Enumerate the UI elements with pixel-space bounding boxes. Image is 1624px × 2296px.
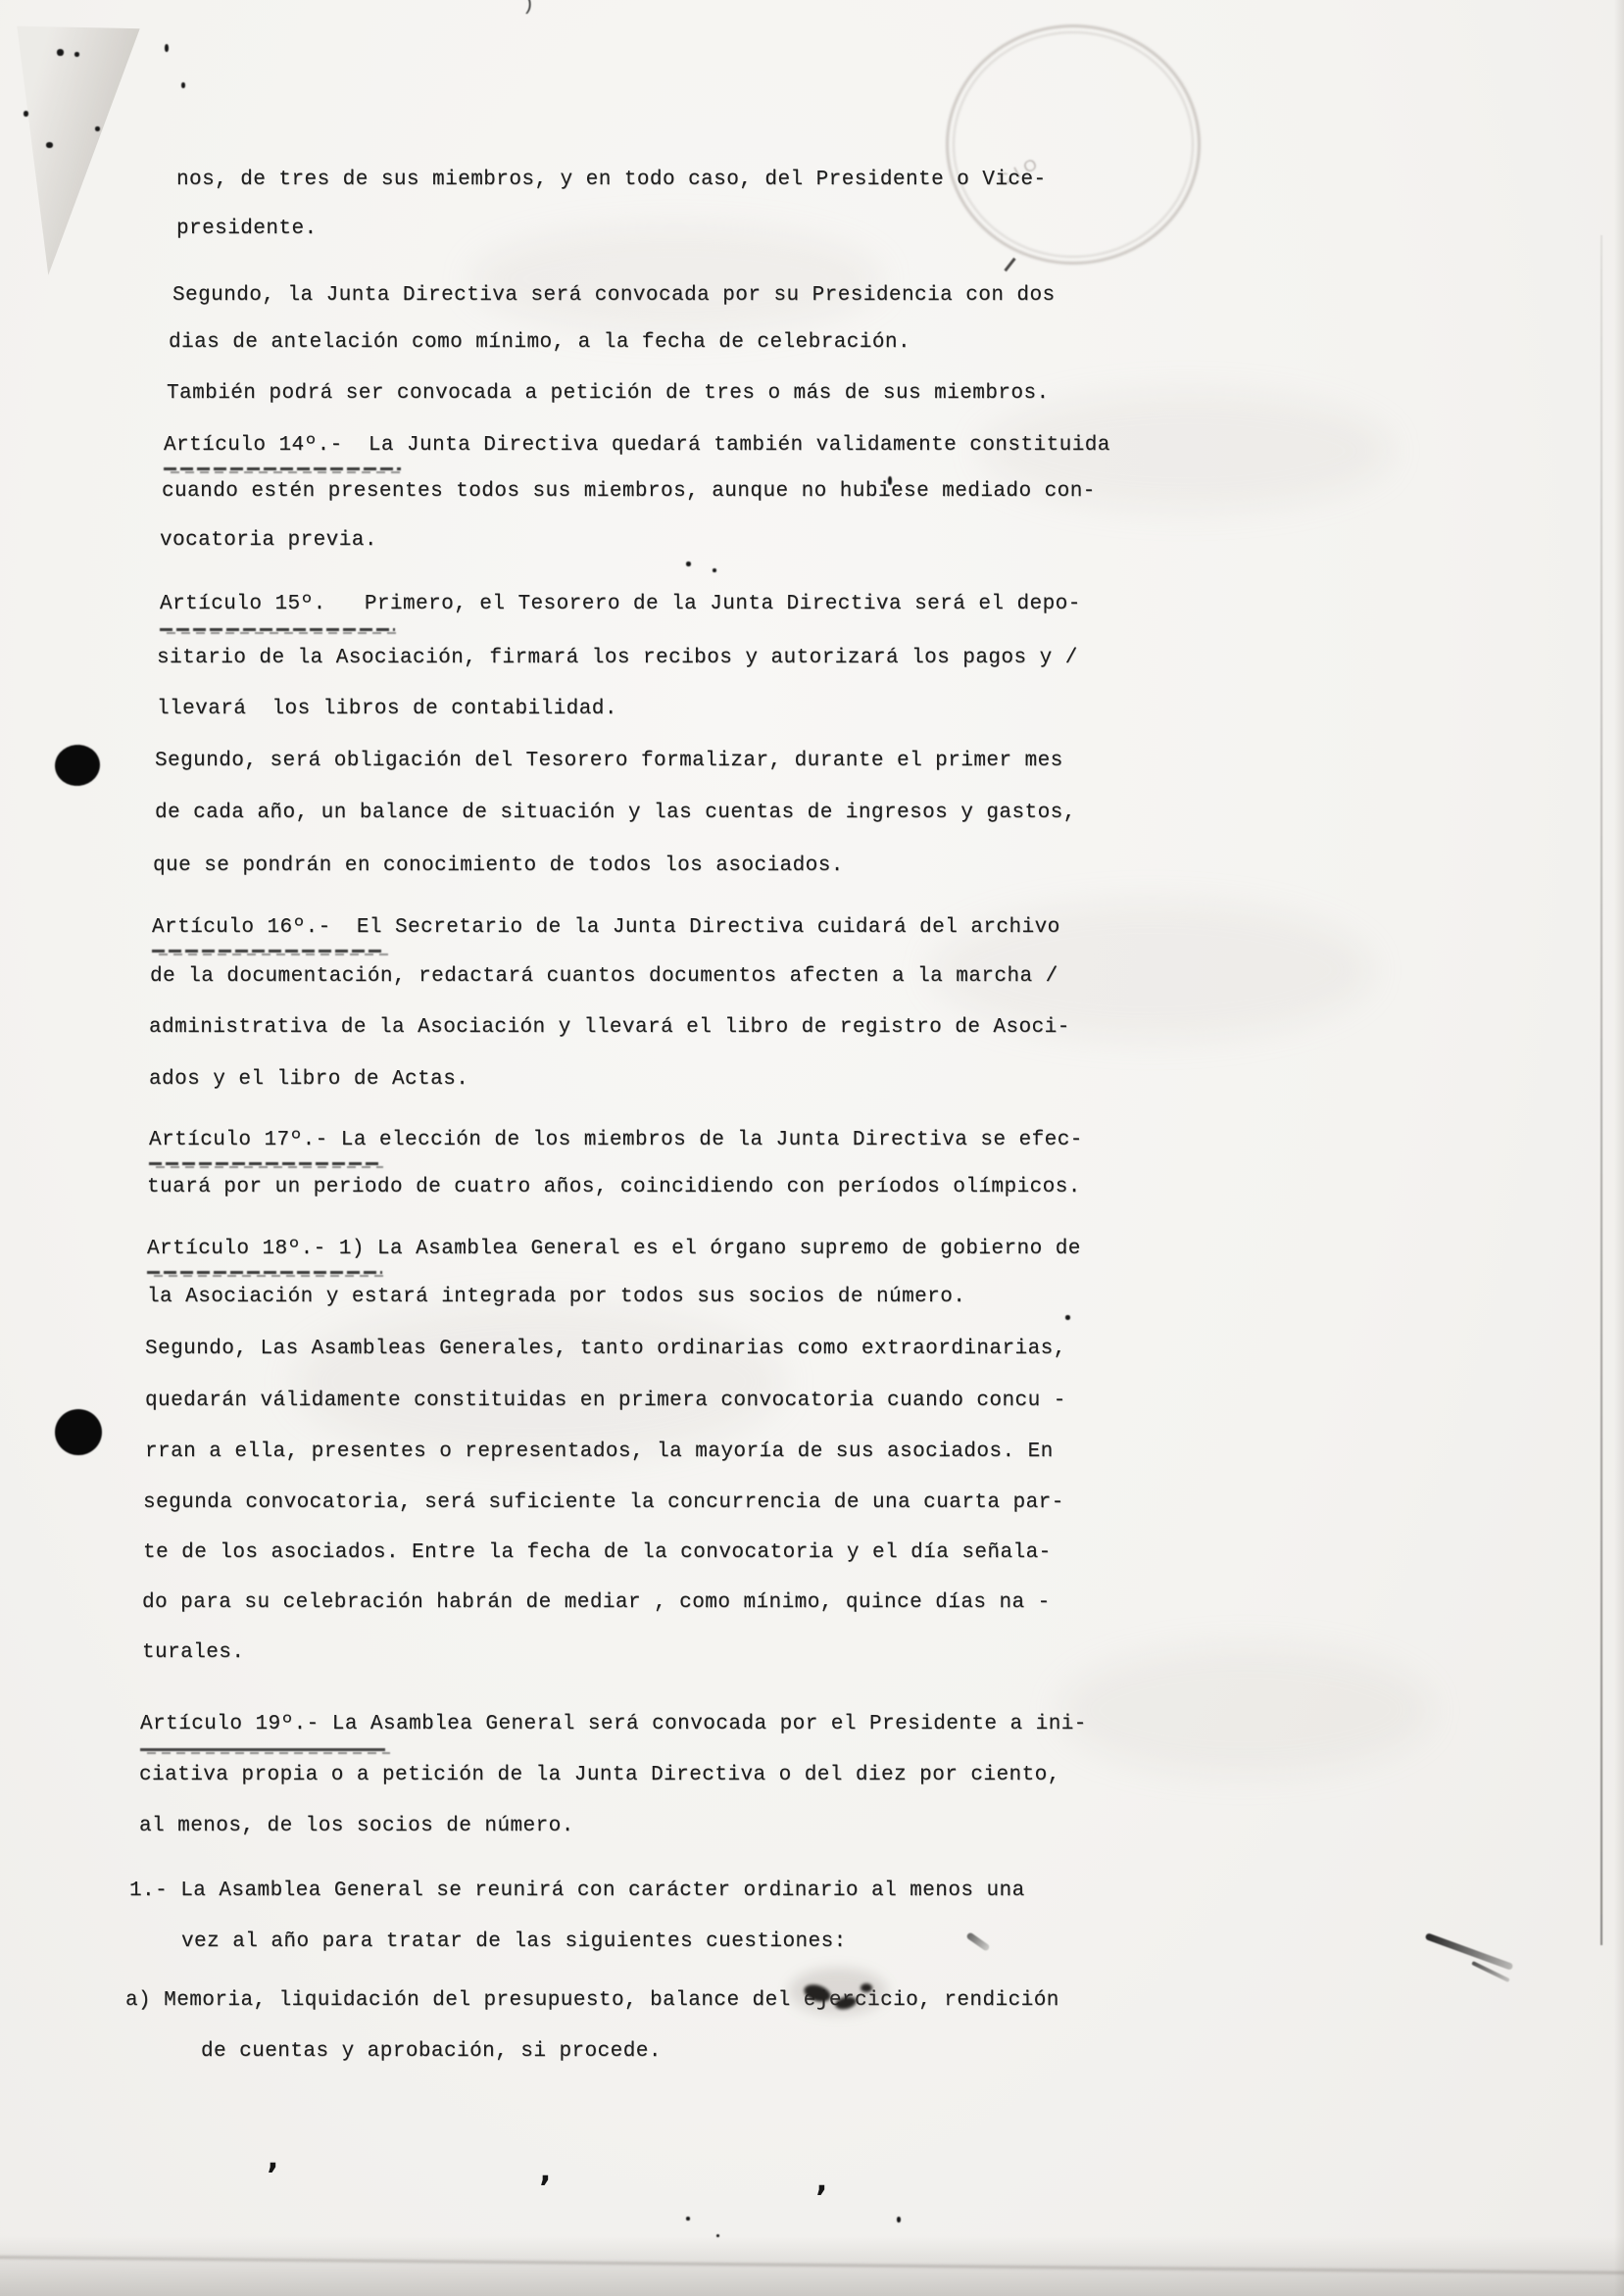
doc-line: te de los asociados. Entre la fecha de l… — [143, 1541, 1052, 1565]
doc-line: segunda convocatoria, será suficiente la… — [143, 1491, 1064, 1515]
article-18-underline — [147, 1271, 382, 1278]
doc-line: sitario de la Asociación, firmará los re… — [157, 647, 1078, 670]
doc-line: presidente. — [176, 218, 318, 241]
article-15-heading-line: Artículo 15º. Primero, el Tesorero de la… — [160, 593, 1081, 616]
doc-line: ados y el libro de Actas. — [149, 1068, 468, 1092]
article-16-heading-line: Artículo 16º.- El Secretario de la Junta… — [152, 916, 1060, 940]
ink-speck — [1065, 1315, 1070, 1320]
doc-line: de cuentas y aprobación, si procede. — [201, 2040, 662, 2064]
article-18-heading-line: Artículo 18º.- 1) La Asamblea General es… — [147, 1238, 1081, 1261]
ink-comma-mark: ’ — [539, 2169, 552, 2207]
doc-line: nos, de tres de sus miembros, y en todo … — [176, 169, 1047, 192]
paper-mottle — [294, 1303, 784, 1460]
doc-line: Segundo, será obligación del Tesorero fo… — [155, 750, 1063, 773]
doc-line: cuando estén presentes todos sus miembro… — [162, 480, 1096, 504]
punch-hole-dot — [53, 743, 102, 789]
doc-line: vocatoria previa. — [160, 529, 377, 553]
doc-line: a) Memoria, liquidación del presupuesto,… — [125, 1989, 1059, 2013]
article-14-underline — [164, 467, 401, 474]
doc-line: vez al año para tratar de las siguientes… — [181, 1930, 847, 1954]
doc-line: dias de antelación como mínimo, a la fec… — [169, 331, 910, 355]
ink-speck — [46, 142, 53, 148]
doc-line: rran a ella, presentes o representados, … — [145, 1441, 1054, 1464]
doc-line: 1.- La Asamblea General se reunirá con c… — [129, 1880, 1025, 1903]
paper-mottle — [470, 225, 882, 333]
ink-speck — [686, 562, 691, 566]
ink-speck — [713, 568, 716, 572]
doc-line: do para su celebración habrán de mediar … — [142, 1591, 1051, 1615]
punch-hole-dot — [55, 1409, 102, 1455]
stamp-inner-ring — [953, 31, 1194, 258]
ink-comma-mark: ’ — [815, 2178, 828, 2217]
doc-line: turales. — [142, 1641, 244, 1665]
scanned-document-page: ) CIO nos, de tres de sus miembros, y en… — [0, 0, 1624, 2296]
article-15-underline — [160, 628, 395, 635]
doc-line: Segundo, la Junta Directiva será convoca… — [172, 284, 1056, 308]
doc-line: de cada año, un balance de situación y l… — [155, 802, 1076, 825]
doc-line: También podrá ser convocada a petición d… — [167, 382, 1050, 406]
stamp-tick-mark — [1004, 258, 1015, 271]
doc-line: llevará los libros de contabilidad. — [157, 698, 617, 721]
article-19-heading-line: Artículo 19º.- La Asamblea General será … — [140, 1713, 1087, 1736]
doc-line: tuará por un periodo de cuatro años, coi… — [147, 1176, 1081, 1199]
article-14-heading-line: Artículo 14º.- La Junta Directiva quedar… — [164, 434, 1110, 458]
doc-line: que se pondrán en conocimiento de todos … — [153, 855, 844, 878]
ink-speck — [686, 2217, 690, 2221]
paper-mottle — [1058, 1646, 1431, 1774]
ink-speck — [165, 44, 169, 52]
doc-line: ciativa propia o a petición de la Junta … — [139, 1764, 1060, 1787]
pen-streak — [1425, 1932, 1514, 1971]
ink-smudge — [861, 1983, 872, 1992]
article-16-underline — [152, 950, 385, 956]
ink-comma-mark: ’ — [267, 2156, 279, 2194]
article-17-heading-line: Artículo 17º.- La elección de los miembr… — [149, 1129, 1083, 1152]
doc-line: quedarán válidamente constituidas en pri… — [145, 1390, 1066, 1413]
stray-paren-mark: ) — [522, 0, 534, 17]
scan-vertical-line — [1600, 235, 1602, 1945]
ink-speck — [24, 111, 28, 117]
page-right-edge-shade — [1614, 0, 1624, 2296]
ink-speck — [95, 126, 100, 131]
article-19-underline — [140, 1748, 385, 1755]
folded-corner-artifact — [16, 24, 141, 280]
ink-speck — [57, 49, 64, 56]
ink-speck — [181, 82, 185, 88]
circular-stamp: CIO — [946, 24, 1201, 265]
doc-line: administrativa de la Asociación y llevar… — [149, 1016, 1070, 1040]
doc-line: de la documentación, redactará cuantos d… — [150, 965, 1058, 989]
doc-line: la Asociación y estará integrada por tod… — [147, 1286, 965, 1309]
article-17-underline — [149, 1162, 378, 1169]
ink-speck — [74, 52, 79, 57]
doc-line: Segundo, Las Asambleas Generales, tanto … — [145, 1338, 1066, 1361]
ink-speck — [897, 2217, 901, 2223]
doc-line: al menos, de los socios de número. — [139, 1815, 574, 1838]
pen-streak — [965, 1931, 990, 1952]
